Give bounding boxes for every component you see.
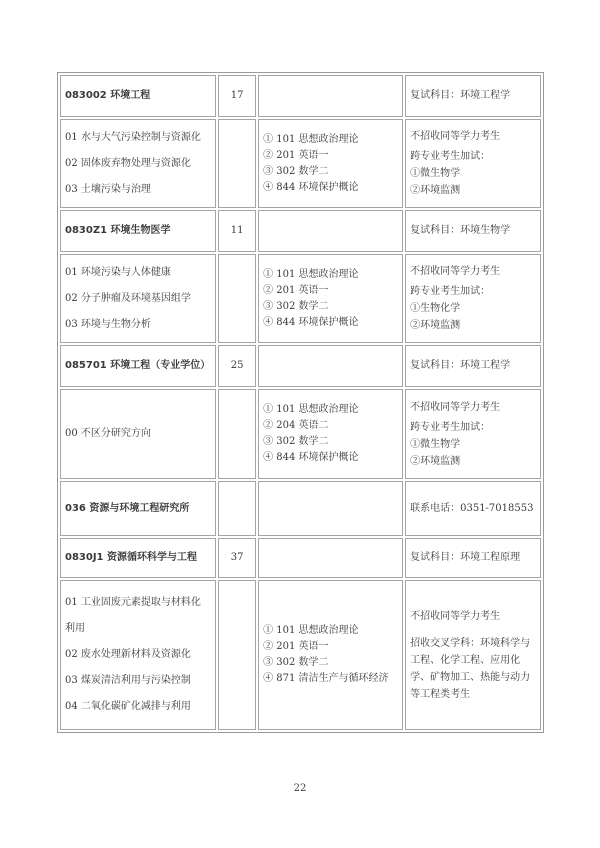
- retest-subject: 复试科目：环境工程原理: [405, 538, 541, 578]
- exam-item: ① 101 思想政治理论: [263, 267, 398, 283]
- research-directions: 01 水与大气污染控制与资源化 02 固体废弃物处理与资源化 03 土壤污染与治…: [60, 119, 216, 208]
- note-item: ②环境监测: [410, 453, 536, 470]
- document-page: 083002 环境工程 17 复试科目：环境工程学 01 水与大气污染控制与资源…: [0, 0, 600, 848]
- note-item: 不招收同等学力考生: [410, 399, 536, 416]
- institute-contact: 联系电话：0351-7018553: [405, 481, 541, 536]
- exam-header-cell: [258, 481, 403, 536]
- exam-item: ② 201 英语一: [263, 148, 398, 164]
- direction-item: 02 废水处理新材料及资源化: [65, 642, 211, 668]
- note-item: 不招收同等学力考生: [410, 263, 536, 280]
- quota: [218, 481, 256, 536]
- quota-empty: [218, 119, 256, 208]
- note-item: 跨专业考生加试：: [410, 419, 536, 436]
- exam-item: ④ 844 环境保护概论: [263, 450, 398, 466]
- institute-name: 036 资源与环境工程研究所: [60, 481, 216, 536]
- major-header-row: 0830J1 资源循环科学与工程 37 复试科目：环境工程原理: [60, 538, 541, 578]
- exam-header-cell: [258, 538, 403, 578]
- direction-item: 利用: [65, 616, 211, 642]
- direction-item: 03 土壤污染与治理: [65, 177, 211, 203]
- direction-item: 00 不区分研究方向: [65, 421, 211, 447]
- notes: 不招收同等学力考生 跨专业考生加试： ①生物化学 ②环境监测: [405, 254, 541, 343]
- research-directions: 01 环境污染与人体健康 02 分子肿瘤及环境基因组学 03 环境与生物分析: [60, 254, 216, 343]
- major-name: 083002 环境工程: [60, 75, 216, 117]
- exam-subjects: ① 101 思想政治理论 ② 201 英语一 ③ 302 数学二 ④ 844 环…: [258, 119, 403, 208]
- direction-item: 01 水与大气污染控制与资源化: [65, 125, 211, 151]
- retest-subject: 复试科目：环境工程学: [405, 345, 541, 387]
- exam-item: ③ 302 数学二: [263, 164, 398, 180]
- note-item: 不招收同等学力考生: [410, 128, 536, 145]
- retest-subject: 复试科目：环境生物学: [405, 210, 541, 252]
- quota: 17: [218, 75, 256, 117]
- exam-subjects: ① 101 思想政治理论 ② 201 英语一 ③ 302 数学二 ④ 844 环…: [258, 254, 403, 343]
- exam-header-cell: [258, 345, 403, 387]
- exam-item: ④ 844 环境保护概论: [263, 315, 398, 331]
- exam-item: ① 101 思想政治理论: [263, 402, 398, 418]
- research-directions: 00 不区分研究方向: [60, 389, 216, 479]
- major-header-row: 0830Z1 环境生物医学 11 复试科目：环境生物学: [60, 210, 541, 252]
- exam-item: ③ 302 数学二: [263, 299, 398, 315]
- quota: 25: [218, 345, 256, 387]
- exam-item: ③ 302 数学二: [263, 655, 398, 671]
- notes: 不招收同等学力考生 跨专业考生加试： ①微生物学 ②环境监测: [405, 119, 541, 208]
- direction-item: 02 分子肿瘤及环境基因组学: [65, 286, 211, 312]
- note-item: 跨专业考生加试：: [410, 283, 536, 300]
- notes: 不招收同等学力考生 跨专业考生加试： ①微生物学 ②环境监测: [405, 389, 541, 479]
- quota-empty: [218, 580, 256, 730]
- direction-item: 03 煤炭清洁利用与污染控制: [65, 668, 211, 694]
- quota: 11: [218, 210, 256, 252]
- direction-item: 01 环境污染与人体健康: [65, 260, 211, 286]
- page-number: 22: [0, 783, 600, 794]
- note-item: ②环境监测: [410, 317, 536, 334]
- notes: 不招收同等学力考生 招收交叉学科：环境科学与工程、化学工程、应用化学、矿物加工、…: [405, 580, 541, 730]
- quota-empty: [218, 254, 256, 343]
- note-item: 跨专业考生加试：: [410, 148, 536, 165]
- major-detail-row: 01 工业固废元素提取与材料化 利用 02 废水处理新材料及资源化 03 煤炭清…: [60, 580, 541, 730]
- major-header-row: 085701 环境工程（专业学位） 25 复试科目：环境工程学: [60, 345, 541, 387]
- quota: 37: [218, 538, 256, 578]
- institute-row: 036 资源与环境工程研究所 联系电话：0351-7018553: [60, 481, 541, 536]
- exam-item: ④ 844 环境保护概论: [263, 180, 398, 196]
- direction-item: 01 工业固废元素提取与材料化: [65, 590, 211, 616]
- note-item: ①微生物学: [410, 165, 536, 182]
- exam-item: ③ 302 数学二: [263, 434, 398, 450]
- major-header-row: 083002 环境工程 17 复试科目：环境工程学: [60, 75, 541, 117]
- direction-item: 04 二氧化碳矿化减排与利用: [65, 694, 211, 720]
- exam-header-cell: [258, 75, 403, 117]
- exam-item: ② 204 英语二: [263, 418, 398, 434]
- exam-header-cell: [258, 210, 403, 252]
- note-item: 不招收同等学力考生: [410, 608, 536, 625]
- exam-subjects: ① 101 思想政治理论 ② 204 英语二 ③ 302 数学二 ④ 844 环…: [258, 389, 403, 479]
- exam-item: ① 101 思想政治理论: [263, 623, 398, 639]
- note-item: 招收交叉学科：环境科学与工程、化学工程、应用化学、矿物加工、热能与动力等工程类考…: [410, 635, 536, 703]
- major-detail-row: 01 环境污染与人体健康 02 分子肿瘤及环境基因组学 03 环境与生物分析 ①…: [60, 254, 541, 343]
- exam-item: ② 201 英语一: [263, 639, 398, 655]
- direction-item: 03 环境与生物分析: [65, 312, 211, 338]
- major-detail-row: 01 水与大气污染控制与资源化 02 固体废弃物处理与资源化 03 土壤污染与治…: [60, 119, 541, 208]
- exam-item: ① 101 思想政治理论: [263, 132, 398, 148]
- retest-subject: 复试科目：环境工程学: [405, 75, 541, 117]
- major-name: 085701 环境工程（专业学位）: [60, 345, 216, 387]
- quota-empty: [218, 389, 256, 479]
- note-item: ②环境监测: [410, 182, 536, 199]
- exam-item: ④ 871 清洁生产与循环经济: [263, 671, 398, 687]
- research-directions: 01 工业固废元素提取与材料化 利用 02 废水处理新材料及资源化 03 煤炭清…: [60, 580, 216, 730]
- direction-item: 02 固体废弃物处理与资源化: [65, 151, 211, 177]
- admissions-table: 083002 环境工程 17 复试科目：环境工程学 01 水与大气污染控制与资源…: [57, 72, 544, 733]
- major-name: 0830Z1 环境生物医学: [60, 210, 216, 252]
- major-detail-row: 00 不区分研究方向 ① 101 思想政治理论 ② 204 英语二 ③ 302 …: [60, 389, 541, 479]
- note-item: ①微生物学: [410, 436, 536, 453]
- exam-subjects: ① 101 思想政治理论 ② 201 英语一 ③ 302 数学二 ④ 871 清…: [258, 580, 403, 730]
- note-item: ①生物化学: [410, 300, 536, 317]
- major-name: 0830J1 资源循环科学与工程: [60, 538, 216, 578]
- exam-item: ② 201 英语一: [263, 283, 398, 299]
